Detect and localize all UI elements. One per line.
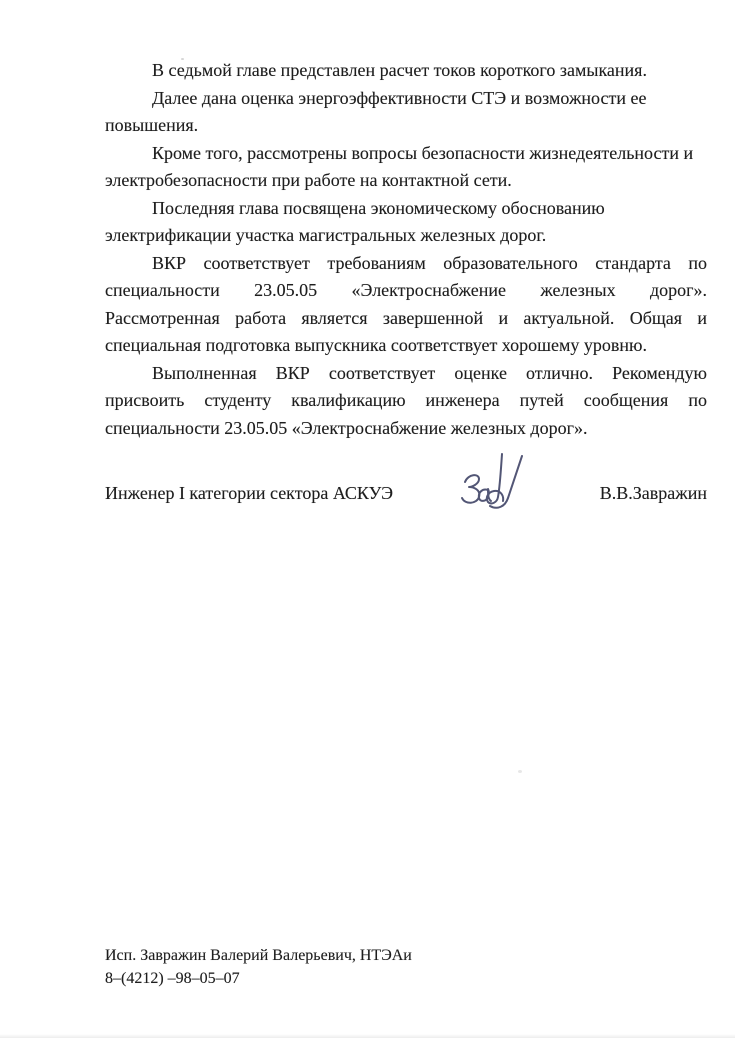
executor-line: Исп. Завражин Валерий Валерьевич, НТЭАи	[105, 944, 412, 967]
phone-line: 8–(4212) –98–05–07	[105, 967, 412, 990]
signer-position-title: Инженер I категории сектора АСКУЭ	[105, 482, 393, 504]
text-line: присвоить студенту квалификацию инженера…	[105, 387, 707, 415]
document-body: В седьмой главе представлен расчет токов…	[105, 57, 707, 442]
text-line: электробезопасности при работе на контак…	[105, 167, 707, 195]
signature-block: Инженер I категории сектора АСКУЭ В.В.За…	[105, 482, 707, 504]
text-line: электрификации участка магистральных жел…	[105, 222, 707, 250]
text-line: специальности 23.05.05 «Электроснабжение…	[105, 415, 707, 443]
text-line: В седьмой главе представлен расчет токов…	[105, 57, 707, 85]
handwritten-signature-icon	[452, 444, 536, 524]
scanned-document-page: В седьмой главе представлен расчет токов…	[0, 0, 735, 1038]
text-line: ВКР соответствует требованиям образовате…	[105, 250, 707, 278]
scan-edge-shadow	[0, 1034, 735, 1038]
text-line: Последняя глава посвящена экономическому…	[105, 195, 707, 223]
signer-name: В.В.Завражин	[600, 482, 707, 504]
text-line: специальная подготовка выпускника соотве…	[105, 332, 707, 360]
text-line: Рассмотренная работа является завершенно…	[105, 305, 707, 333]
text-line: повышения.	[105, 112, 707, 140]
scan-speck	[518, 770, 522, 773]
text-line: Кроме того, рассмотрены вопросы безопасн…	[105, 140, 707, 168]
text-line: Далее дана оценка энергоэффективности СТ…	[105, 85, 707, 113]
text-line: Выполненная ВКР соответствует оценке отл…	[105, 360, 707, 388]
document-footer: Исп. Завражин Валерий Валерьевич, НТЭАи …	[105, 944, 412, 990]
scan-speck	[181, 58, 184, 60]
text-line: специальности 23.05.05 «Электроснабжение…	[105, 277, 707, 305]
